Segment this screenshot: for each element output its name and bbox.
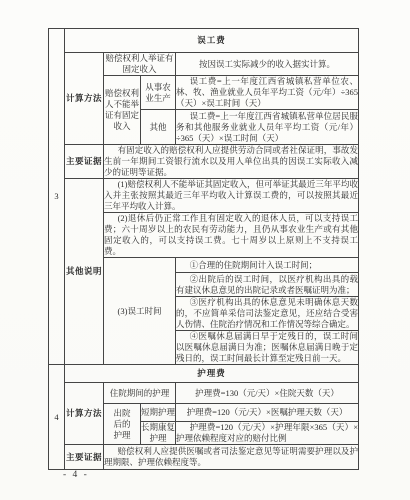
calc-method-label-lost-work: 计算方法 <box>65 53 104 145</box>
table-row: 4 护理费 <box>49 365 359 383</box>
table-row: 其他说明 (1)赔偿权利人不能举证其固定收入，但可举证其最近三年平均收入并主张按… <box>49 179 359 213</box>
long-term-care-formula: 护理费=120（元/天）×护理年限×365（天）×护理依赖程度对应的赔付比例 <box>176 422 359 445</box>
other-occupation-formula: 误工费=上一年度江西省城镇私营单位居民服务和其他服务业就业人员年平均工资（元/年… <box>176 110 359 145</box>
hospital-care-formula: 护理费=130（元/天）×住院天数（天） <box>176 383 359 404</box>
note-paragraph: ③医疗机构出具的休息意见未明确休息天数的，不应简单采信司法鉴定意见，还应结合受害… <box>176 297 358 330</box>
long-term-care-label: 长期康复护理 <box>141 422 176 445</box>
page-number: - 4 - <box>63 470 89 480</box>
calc-method-label-nursing: 计算方法 <box>65 383 104 445</box>
note-2: (2)退休后仍正常工作且有固定收入的退休人员，可以支持误工费；六十周岁以上的农民… <box>104 213 359 258</box>
formula-text: 护理费=120（元/天）×护理年限×365（天）×护理依赖程度对应的赔付比例 <box>176 422 358 444</box>
section-title-nursing: 护理费 <box>65 365 359 383</box>
lost-work-time-item-1: ①合理的住院期间计入误工时间； <box>176 258 359 273</box>
table-row: 计算方法 赔偿权利人举证有 固定收入 按因误工实际减少的收入据实计算。 <box>49 53 359 76</box>
note-1: (1)赔偿权利人不能举证其固定收入，但可举证其最近三年平均收入并主张按照其最近三… <box>104 179 359 213</box>
short-term-care-formula: 护理费=120（元/天）×医嘱护理天数（天） <box>176 404 359 422</box>
evidence-label-nursing: 主要证据 <box>65 445 104 470</box>
row-number-4: 4 <box>49 365 65 470</box>
note-paragraph: ④医嘱休息届满日早于定残日的，误工时间以医嘱休息届满日为准；医嘱休息届满日晚于定… <box>176 331 358 364</box>
row-number-3: 3 <box>49 29 65 365</box>
short-term-care-label: 短期护理 <box>141 404 176 422</box>
document-page: 3 误工费 计算方法 赔偿权利人举证有 固定收入 按因误工实际减少的收入据实计算… <box>0 0 410 500</box>
fixed-income-rule: 按因误工实际减少的收入据实计算。 <box>176 53 359 76</box>
section-title-lost-work: 误工费 <box>65 29 359 53</box>
table-row: 主要证据 有固定收入的赔偿权利人应提供劳动合同或者社保证明，事故发生前一年期间工… <box>49 145 359 179</box>
other-notes-label: 其他说明 <box>65 179 104 365</box>
agriculture-formula: 误工费=上一年度江西省城镇私营单位农、林、牧、渔业就业人员年平均工资（元/年）÷… <box>176 76 359 110</box>
evidence-label-lost-work: 主要证据 <box>65 145 104 179</box>
lost-work-time-item-2: ②出院后的误工时间，以医疗机构出具的载有建议休息意见的出院记录或者医嘱证明为准； <box>176 273 359 297</box>
compensation-table: 3 误工费 计算方法 赔偿权利人举证有 固定收入 按因误工实际减少的收入据实计算… <box>48 28 359 470</box>
table-row: 计算方法 住院期间的护理 护理费=130（元/天）×住院天数（天） <box>49 383 359 404</box>
evidence-paragraph: 有固定收入的赔偿权利人应提供劳动合同或者社保证明，事故发生前一年期间工资银行流水… <box>104 145 358 178</box>
fixed-income-label: 赔偿权利人举证有 固定收入 <box>104 53 176 76</box>
formula-text: 误工费=上一年度江西省城镇私营单位农、林、牧、渔业就业人员年平均工资（元/年）÷… <box>176 76 358 109</box>
table-row: 3 误工费 <box>49 29 359 53</box>
note-paragraph: (2)退休后仍正常工作且有固定收入的退休人员，可以支持误工费；六十周岁以上的农民… <box>104 213 358 257</box>
agriculture-label: 从事农 业生产 <box>141 76 176 110</box>
note-paragraph: ②出院后的误工时间，以医疗机构出具的载有建议休息意见的出院记录或者医嘱证明为准； <box>176 274 358 296</box>
no-fixed-income-label: 赔偿权利 人不能举 证有固定 收入 <box>104 76 141 145</box>
note-paragraph: (1)赔偿权利人不能举证其固定收入，但可举证其最近三年平均收入并主张按照其最近三… <box>104 179 358 212</box>
table-row: 主要证据 赔偿权利人应提供医嘱或者司法鉴定意见等证明需要护理以及护理期限、护理依… <box>49 445 359 470</box>
discharge-care-label: 出院 后的 护理 <box>104 404 141 445</box>
lost-work-time-item-3: ③医疗机构出具的休息意见未明确休息天数的，不应简单采信司法鉴定意见，还应结合受害… <box>176 297 359 331</box>
formula-text: 误工费=上一年度江西省城镇私营单位居民服务和其他服务业就业人员年平均工资（元/年… <box>176 111 358 144</box>
other-occupation-label: 其他 <box>141 110 176 145</box>
note-paragraph: ①合理的住院期间计入误工时间； <box>176 260 358 271</box>
evidence-paragraph: 赔偿权利人应提供医嘱或者司法鉴定意见等证明需要护理以及护理期限、护理依赖程度等。 <box>104 446 358 468</box>
lost-work-time-label: (3)误工时间 <box>104 258 176 365</box>
lost-work-time-item-4: ④医嘱休息届满日早于定残日的，误工时间以医嘱休息届满日为准；医嘱休息届满日晚于定… <box>176 331 359 365</box>
hospital-care-label: 住院期间的护理 <box>104 383 176 404</box>
evidence-text-lost-work: 有固定收入的赔偿权利人应提供劳动合同或者社保证明，事故发生前一年期间工资银行流水… <box>104 145 359 179</box>
evidence-text-nursing: 赔偿权利人应提供医嘱或者司法鉴定意见等证明需要护理以及护理期限、护理依赖程度等。 <box>104 445 359 470</box>
